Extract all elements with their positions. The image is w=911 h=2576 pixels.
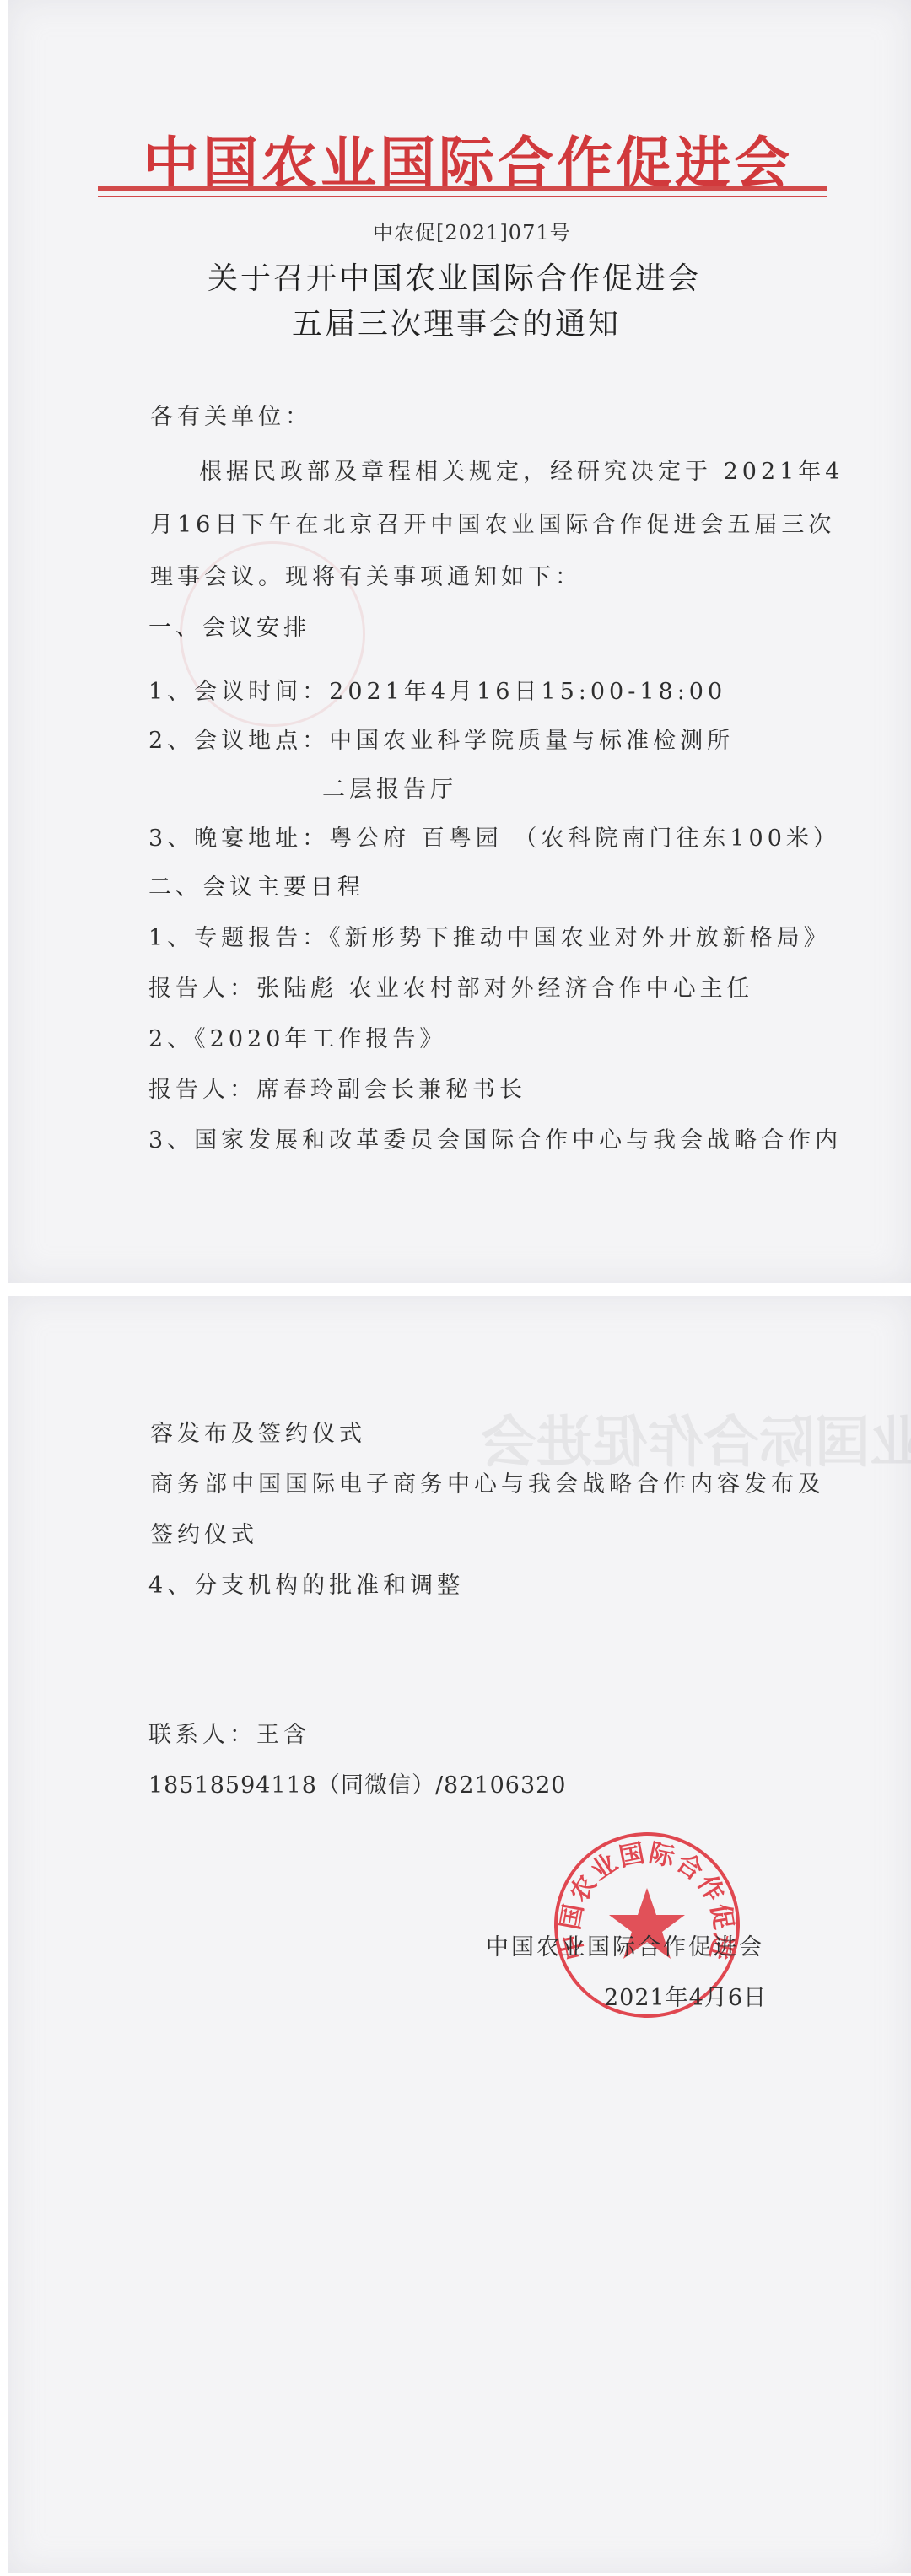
agenda-item-1-speaker: 报告人：张陆彪 农业农村部对外经济合作中心主任 xyxy=(148,970,754,1003)
meeting-venue-hall: 二层报告厅 xyxy=(322,771,457,804)
intro-line-2: 月16日下午在北京召开中国农业国际合作促进会五届三次 xyxy=(150,506,835,539)
agenda-item-1: 1、专题报告：《新形势下推动中国农业对外开放新格局》 xyxy=(148,919,831,952)
intro-line-1: 根据民政部及章程相关规定，经研究决定于 2021年4 xyxy=(199,453,844,486)
signature-date: 2021年4月6日 xyxy=(604,1979,767,2012)
document-page-1: 中国农业国际合作促进会 中农促[2021]071号 关于召开中国农业国际合作促进… xyxy=(8,0,911,1283)
meeting-time: 1、会议时间：2021年4月16日15:00-18:00 xyxy=(148,673,726,706)
agenda-item-2-speaker: 报告人：席春玲副会长兼秘书长 xyxy=(148,1071,526,1104)
meeting-venue: 2、会议地点：中国农业科学院质量与标准检测所 xyxy=(148,722,734,755)
agenda-item-3: 3、国家发展和改革委员会国际合作中心与我会战略合作内 xyxy=(148,1121,842,1154)
agenda-item-3-continued: 容发布及签约仪式 xyxy=(150,1415,366,1448)
letterhead-rule-thin xyxy=(98,196,827,197)
document-number: 中农促[2021]071号 xyxy=(373,216,571,245)
contact-phone: 18518594118（同微信）/82106320 xyxy=(148,1767,566,1799)
notice-title-line-1: 关于召开中国农业国际合作促进会 xyxy=(208,255,701,298)
agenda-item-3b: 商务部中国国际电子商务中心与我会战略合作内容发布及 xyxy=(150,1465,825,1498)
signature-organization: 中国农业国际合作促进会 xyxy=(486,1928,764,1961)
agenda-item-4: 4、分支机构的批准和调整 xyxy=(148,1567,464,1600)
section-2-heading: 二、会议主要日程 xyxy=(148,869,364,901)
intro-line-3: 理事会议。现将有关事项通知如下： xyxy=(150,558,582,591)
contact-person: 联系人：王含 xyxy=(148,1716,310,1749)
agenda-item-3b-continued: 签约仪式 xyxy=(150,1516,258,1549)
dinner-address: 3、晚宴地址：粤公府 百粤园 （农科院南门往东100米） xyxy=(148,820,840,852)
document-page-2: 中国农业国际合作促进会 容发布及签约仪式 商务部中国国际电子商务中心与我会战略合… xyxy=(8,1296,911,2573)
notice-title-line-2: 五届三次理事会的通知 xyxy=(292,300,621,343)
salutation: 各有关单位： xyxy=(150,398,312,431)
section-1-heading: 一、会议安排 xyxy=(148,609,310,642)
agenda-item-2: 2、《2020年工作报告》 xyxy=(148,1020,446,1053)
letterhead-rule-thick xyxy=(98,186,827,191)
